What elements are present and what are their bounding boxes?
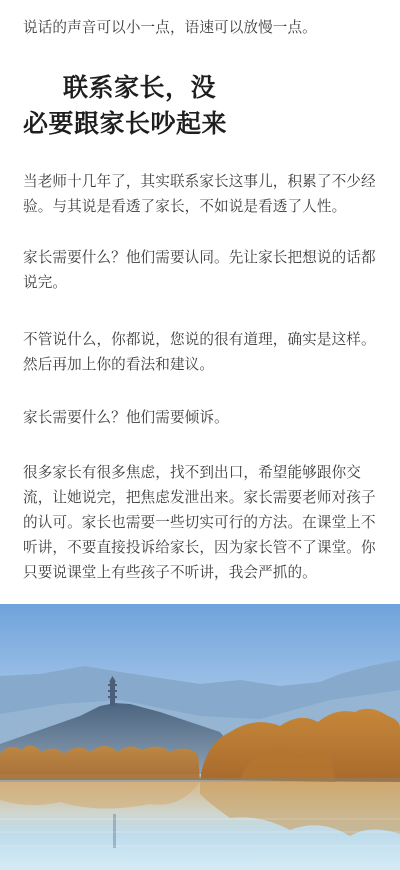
paragraph: 家长需要什么？他们需要倾诉。	[23, 405, 383, 430]
intro-text: 说话的声音可以小一点，语速可以放慢一点。	[23, 15, 383, 40]
paragraph: 家长需要什么？他们需要认同。先让家长把想说的话都说完。	[23, 245, 383, 295]
title-line-1: 联系家长，没	[23, 70, 383, 106]
article-title: 联系家长，没 必要跟家长吵起来	[23, 70, 383, 142]
paragraph: 不管说什么，你都说，您说的很有道理，确实是这样。然后再加上你的看法和建议。	[23, 327, 383, 377]
title-line-2: 必要跟家长吵起来	[23, 106, 383, 142]
landscape-image-icon	[0, 604, 400, 870]
paragraph: 很多家长有很多焦虑，找不到出口，希望能够跟你交流，让她说完，把焦虑发泄出来。家长…	[23, 460, 383, 585]
landscape-photo	[0, 604, 400, 870]
paragraph: 当老师十几年了，其实联系家长这事儿，积累了不少经验。与其说是看透了家长，不如说是…	[23, 169, 383, 219]
